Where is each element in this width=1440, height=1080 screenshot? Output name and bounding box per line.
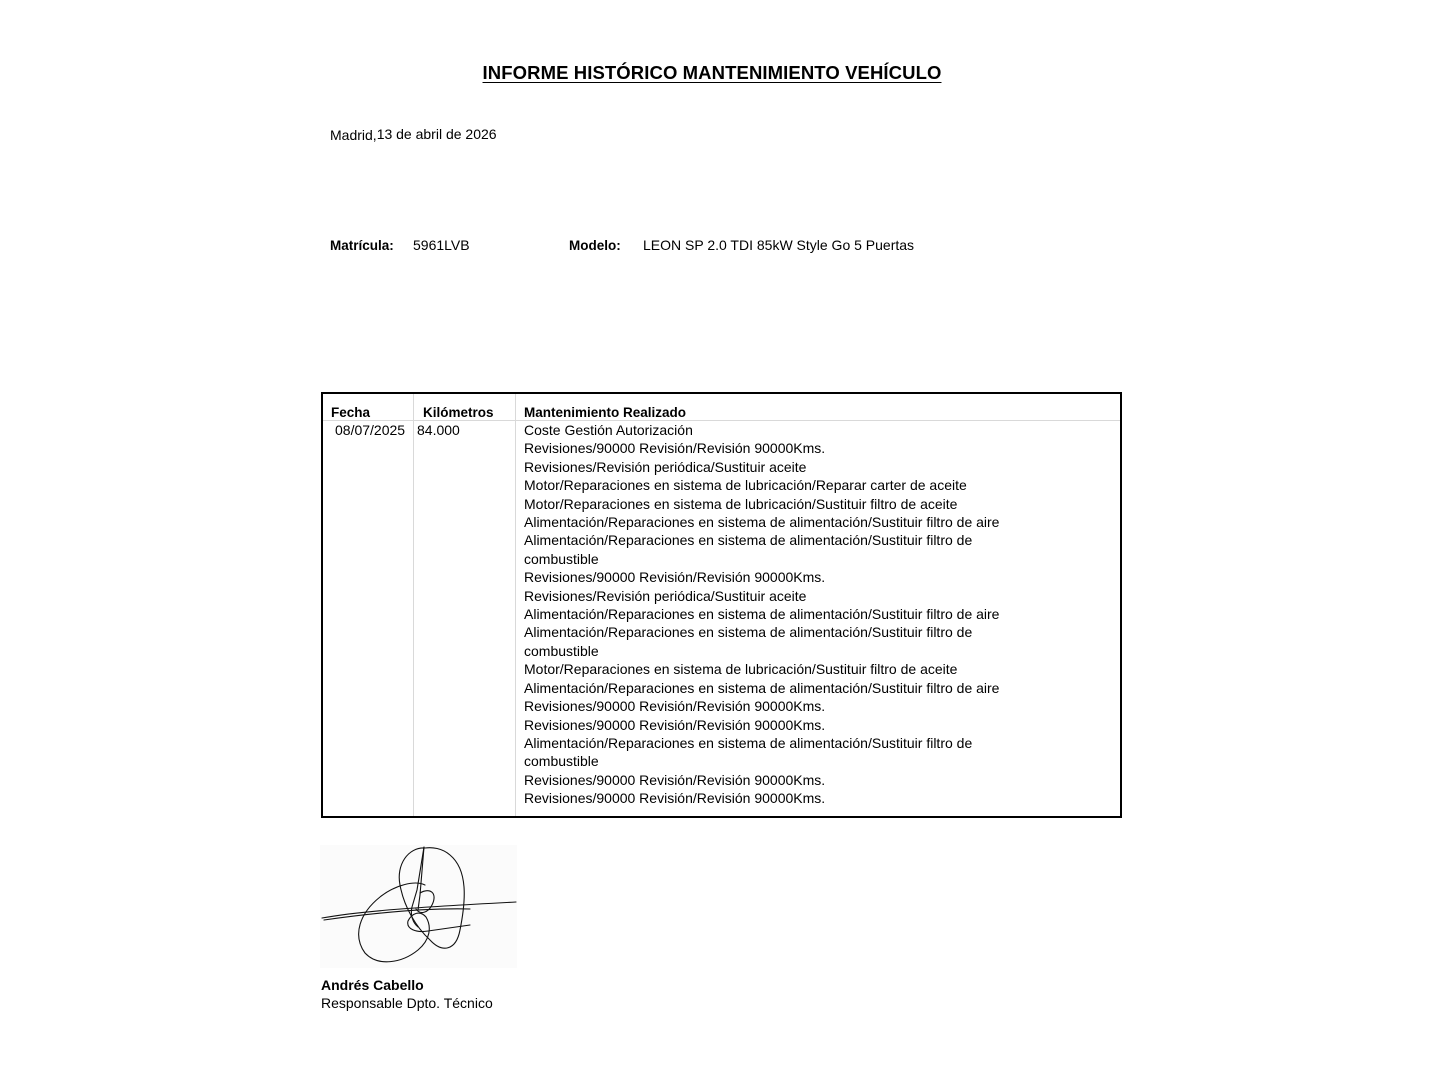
maintenance-item: Alimentación/Reparaciones en sistema de …: [524, 513, 1004, 531]
plate-label: Matrícula:: [330, 238, 394, 253]
plate-value: 5961LVB: [413, 237, 470, 253]
row-km: 84.000: [417, 422, 460, 438]
signature-icon: [320, 845, 517, 968]
maintenance-item: Revisiones/90000 Revisión/Revisión 90000…: [524, 439, 1004, 457]
signer-role: Responsable Dpto. Técnico: [321, 995, 493, 1011]
column-divider: [515, 394, 516, 816]
maintenance-item: Alimentación/Reparaciones en sistema de …: [524, 531, 1004, 549]
model-value: LEON SP 2.0 TDI 85kW Style Go 5 Puertas: [643, 237, 914, 253]
model-label: Modelo:: [569, 238, 621, 253]
maintenance-item: combustible: [524, 642, 1004, 660]
maintenance-item: Motor/Reparaciones en sistema de lubrica…: [524, 476, 1004, 494]
row-date: 08/07/2025: [335, 422, 405, 438]
maintenance-item: Revisiones/90000 Revisión/Revisión 90000…: [524, 789, 1004, 807]
signer-name: Andrés Cabello: [321, 977, 424, 993]
report-date: 13 de abril de 2026: [377, 126, 497, 142]
city: Madrid,: [330, 127, 377, 143]
maintenance-table: Fecha Kilómetros Mantenimiento Realizado…: [321, 392, 1122, 818]
maintenance-item: Alimentación/Reparaciones en sistema de …: [524, 605, 1004, 623]
maintenance-item: Revisiones/Revisión periódica/Sustituir …: [524, 587, 1004, 605]
maintenance-item: Motor/Reparaciones en sistema de lubrica…: [524, 660, 1004, 678]
maintenance-item: Alimentación/Reparaciones en sistema de …: [524, 734, 1004, 752]
maintenance-item: Alimentación/Reparaciones en sistema de …: [524, 679, 1004, 697]
maintenance-item: combustible: [524, 752, 1004, 770]
maintenance-item: Revisiones/90000 Revisión/Revisión 90000…: [524, 771, 1004, 789]
maintenance-item: Revisiones/90000 Revisión/Revisión 90000…: [524, 716, 1004, 734]
maintenance-item: Revisiones/90000 Revisión/Revisión 90000…: [524, 568, 1004, 586]
maintenance-item: Coste Gestión Autorización: [524, 421, 1004, 439]
column-divider: [413, 394, 414, 816]
maintenance-list: Coste Gestión AutorizaciónRevisiones/900…: [524, 421, 1004, 808]
maintenance-item: combustible: [524, 550, 1004, 568]
maintenance-item: Revisiones/90000 Revisión/Revisión 90000…: [524, 697, 1004, 715]
maintenance-item: Motor/Reparaciones en sistema de lubrica…: [524, 495, 1004, 513]
header-maintenance: Mantenimiento Realizado: [524, 405, 686, 420]
document-title: INFORME HISTÓRICO MANTENIMIENTO VEHÍCULO: [0, 62, 1424, 84]
header-km: Kilómetros: [423, 405, 494, 420]
maintenance-item: Alimentación/Reparaciones en sistema de …: [524, 623, 1004, 641]
header-date: Fecha: [331, 405, 370, 420]
place-date: Madrid,13 de abril de 2026: [330, 126, 497, 142]
maintenance-item: Revisiones/Revisión periódica/Sustituir …: [524, 458, 1004, 476]
